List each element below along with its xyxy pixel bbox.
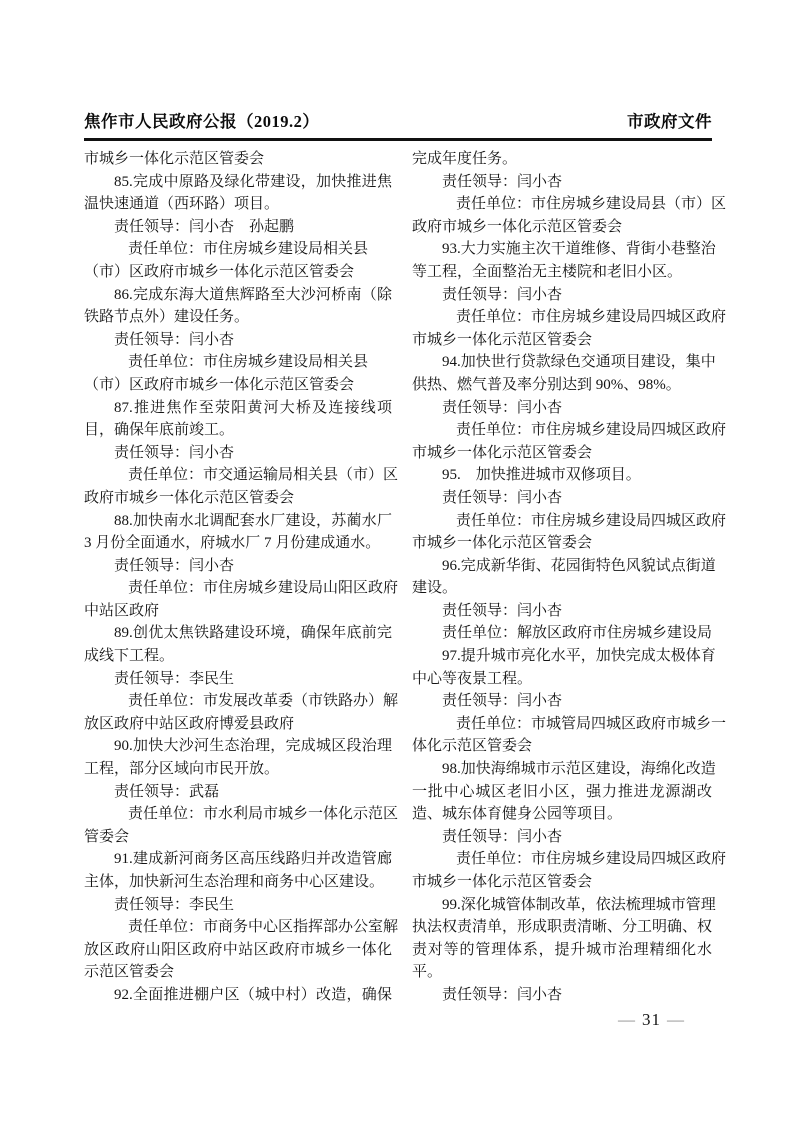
text-line: 责任单位：市住房城乡建设局四城区政府: [412, 419, 712, 442]
text-line: 89.创优太焦铁路建设环境，确保年底前完: [84, 622, 392, 645]
text-line: 示范区管委会: [84, 961, 392, 984]
text-line: 责任领导：闫小杏: [412, 690, 712, 713]
text-line: 责任单位：市住房城乡建设局四城区政府: [412, 510, 712, 533]
text-line: 责任领导：李民生: [84, 668, 392, 691]
text-line: 3 月份全面通水，府城水厂 7 月份建成通水。: [84, 532, 392, 555]
text-line: 成线下工程。: [84, 645, 392, 668]
text-line: 完成年度任务。: [412, 148, 712, 171]
text-line: 责任单位：市水利局市城乡一体化示范区: [84, 803, 392, 826]
text-line: 责任单位：市住房城乡建设局县（市）区: [412, 193, 712, 216]
page-number-value: 31: [642, 1010, 661, 1029]
text-line: 放区政府中站区政府博爱县政府: [84, 713, 392, 736]
text-line: 市城乡一体化示范区管委会: [412, 871, 712, 894]
text-line: 造、城东体育健身公园等项目。: [412, 803, 712, 826]
right-column: 完成年度任务。责任领导：闫小杏责任单位：市住房城乡建设局县（市）区政府市城乡一体…: [412, 148, 712, 1007]
text-line: 中心等夜景工程。: [412, 668, 712, 691]
text-line: 责任领导：李民生: [84, 894, 392, 917]
page-number-dash-right: —: [661, 1010, 691, 1029]
text-line: 责任领导：闫小杏: [84, 442, 392, 465]
text-line: 目，确保年底前竣工。: [84, 419, 392, 442]
text-line: 86.完成东海大道焦辉路至大沙河桥南（除: [84, 284, 392, 307]
text-line: 责任领导：闫小杏: [84, 329, 392, 352]
text-line: 体化示范区管委会: [412, 735, 712, 758]
text-line: 铁路节点外）建设任务。: [84, 306, 392, 329]
document-page: 焦作市人民政府公报（2019.2） 市政府文件 市城乡一体化示范区管委会85.完…: [0, 0, 793, 1122]
text-line: 责任领导：闫小杏: [412, 984, 712, 1007]
text-line: 责任领导：闫小杏: [412, 487, 712, 510]
text-line: 90.加快大沙河生态治理，完成城区段治理: [84, 735, 392, 758]
text-line: 95. 加快推进城市双修项目。: [412, 464, 712, 487]
text-line: 责任单位：市发展改革委（市铁路办）解: [84, 690, 392, 713]
page-content: 焦作市人民政府公报（2019.2） 市政府文件 市城乡一体化示范区管委会85.完…: [84, 110, 712, 1007]
text-line: 责任单位：市住房城乡建设局相关县: [84, 238, 392, 261]
text-line: 工程，部分区域向市民开放。: [84, 758, 392, 781]
text-line: 中站区政府: [84, 600, 392, 623]
text-line: 92.全面推进棚户区（城中村）改造，确保: [84, 984, 392, 1007]
text-line: （市）区政府市城乡一体化示范区管委会: [84, 261, 392, 284]
text-line: 责任单位：市商务中心区指挥部办公室解: [84, 916, 392, 939]
text-line: 责任领导：闫小杏: [412, 171, 712, 194]
text-line: 97.提升城市亮化水平，加快完成太极体育: [412, 645, 712, 668]
text-line: 94.加快世行贷款绿色交通项目建设，集中: [412, 351, 712, 374]
text-line: 供热、燃气普及率分别达到 90%、98%。: [412, 374, 712, 397]
document-body: 市城乡一体化示范区管委会85.完成中原路及绿化带建设，加快推进焦温快速通道（西环…: [84, 148, 712, 1007]
text-line: 主体，加快新河生态治理和商务中心区建设。: [84, 871, 392, 894]
text-line: 88.加快南水北调配套水厂建设，苏蔺水厂: [84, 510, 392, 533]
text-line: 99.深化城管体制改革，依法梳理城市管理: [412, 894, 712, 917]
text-line: 85.完成中原路及绿化带建设，加快推进焦: [84, 171, 392, 194]
page-number: —31—: [612, 1008, 691, 1032]
text-line: 市城乡一体化示范区管委会: [412, 532, 712, 555]
text-line: 责任单位：市住房城乡建设局四城区政府: [412, 848, 712, 871]
text-line: 责任领导：闫小杏: [412, 284, 712, 307]
text-line: 责任领导：闫小杏 孙起鹏: [84, 216, 392, 239]
text-line: 政府市城乡一体化示范区管委会: [412, 216, 712, 239]
text-line: 93.大力实施主次干道维修、背街小巷整治: [412, 238, 712, 261]
text-line: 98.加快海绵城市示范区建设，海绵化改造: [412, 758, 712, 781]
text-line: 责任领导：闫小杏: [412, 397, 712, 420]
text-line: 建设。: [412, 577, 712, 600]
text-line: 市城乡一体化示范区管委会: [84, 148, 392, 171]
page-header: 焦作市人民政府公报（2019.2） 市政府文件: [84, 110, 712, 134]
text-line: 责任单位：市住房城乡建设局四城区政府: [412, 306, 712, 329]
text-line: 政府市城乡一体化示范区管委会: [84, 487, 392, 510]
text-line: 责任领导：武磊: [84, 781, 392, 804]
header-section-label: 市政府文件: [627, 110, 712, 134]
text-line: 市城乡一体化示范区管委会: [412, 442, 712, 465]
left-column: 市城乡一体化示范区管委会85.完成中原路及绿化带建设，加快推进焦温快速通道（西环…: [84, 148, 392, 1007]
text-line: 87.推进焦作至荥阳黄河大桥及连接线项: [84, 397, 392, 420]
text-line: 责任领导：闫小杏: [412, 600, 712, 623]
text-line: 等工程，全面整治无主楼院和老旧小区。: [412, 261, 712, 284]
text-line: 责任单位：市住房城乡建设局山阳区政府: [84, 577, 392, 600]
text-line: 平。: [412, 961, 712, 984]
text-line: 96.完成新华街、花园街特色风貌试点街道: [412, 555, 712, 578]
text-line: 温快速通道（西环路）项目。: [84, 193, 392, 216]
text-line: 执法权责清单，形成职责清晰、分工明确、权: [412, 916, 712, 939]
text-line: 91.建成新河商务区高压线路归并改造管廊: [84, 848, 392, 871]
header-divider: [84, 138, 712, 141]
text-line: 责任单位：解放区政府市住房城乡建设局: [412, 622, 712, 645]
text-line: 责任单位：市交通运输局相关县（市）区: [84, 464, 392, 487]
page-number-dash-left: —: [612, 1010, 642, 1029]
text-line: 责对等的管理体系，提升城市治理精细化水: [412, 939, 712, 962]
text-line: 责任单位：市住房城乡建设局相关县: [84, 351, 392, 374]
text-line: 责任领导：闫小杏: [84, 555, 392, 578]
text-line: 放区政府山阳区政府中站区政府市城乡一体化: [84, 939, 392, 962]
text-line: 市城乡一体化示范区管委会: [412, 329, 712, 352]
text-line: （市）区政府市城乡一体化示范区管委会: [84, 374, 392, 397]
text-line: 责任领导：闫小杏: [412, 826, 712, 849]
text-line: 一批中心城区老旧小区，强力推进龙源湖改: [412, 781, 712, 804]
text-line: 责任单位：市城管局四城区政府市城乡一: [412, 713, 712, 736]
header-publication-title: 焦作市人民政府公报（2019.2）: [84, 110, 319, 134]
text-line: 管委会: [84, 826, 392, 849]
